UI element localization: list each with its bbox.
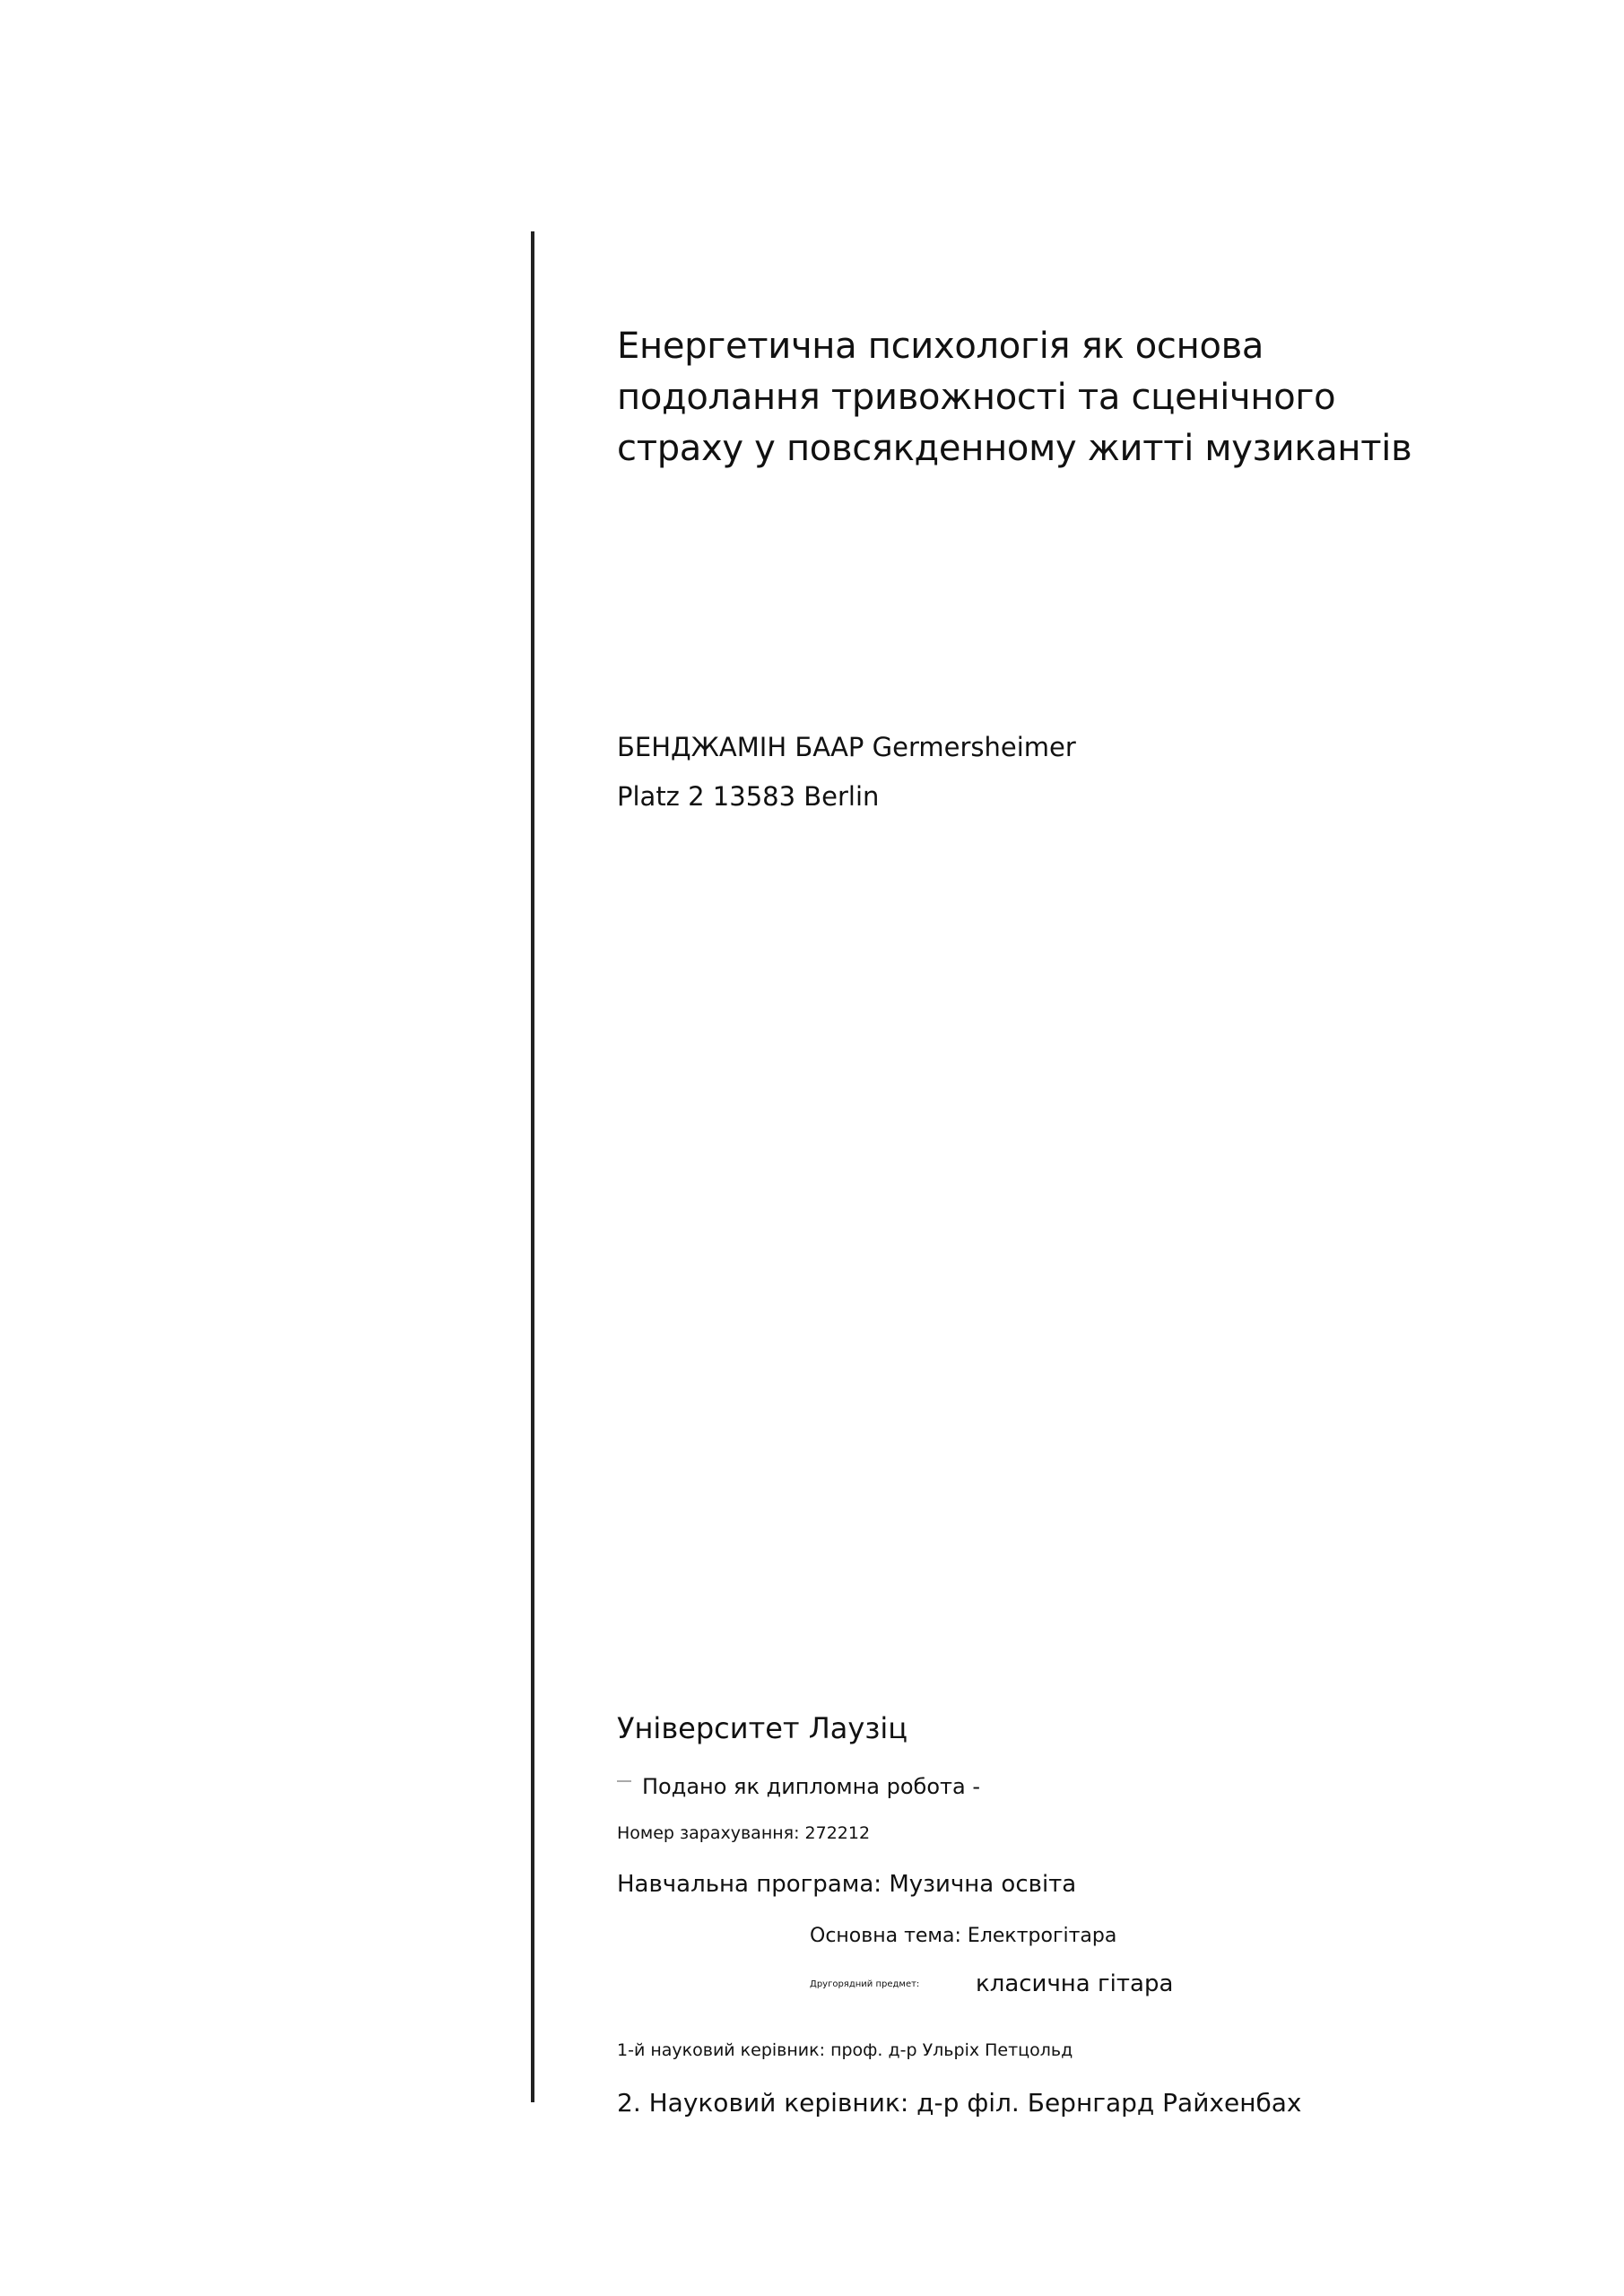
vertical-rule bbox=[531, 231, 534, 2102]
thesis-title-line-2: подолання тривожності та сценічного bbox=[617, 372, 1514, 423]
author-address: Platz 2 13583 Berlin bbox=[617, 772, 1076, 822]
study-program: Навчальна програма: Музична освіта bbox=[617, 1871, 1076, 1898]
submission-type: Подано як дипломна робота - bbox=[642, 1774, 980, 1799]
thesis-title: Енергетична психологія як основа подолан… bbox=[617, 321, 1514, 474]
major-subject: Основна тема: Електрогітара bbox=[810, 1925, 1116, 1947]
minor-subject-value: класична гітара bbox=[976, 1970, 1173, 1997]
author-block: БЕНДЖАМІН БААР Germersheimer Platz 2 135… bbox=[617, 723, 1076, 822]
enrollment-number: Номер зарахування: 272212 bbox=[617, 1823, 870, 1843]
second-supervisor: 2. Науковий керівник: д-р філ. Бернгард … bbox=[617, 2088, 1302, 2118]
first-supervisor: 1-й науковий керівник: проф. д-р Ульріх … bbox=[617, 2040, 1073, 2060]
author-name: БЕНДЖАМІН БААР Germersheimer bbox=[617, 723, 1076, 772]
title-page: Енергетична психологія як основа подолан… bbox=[0, 0, 1624, 2296]
thesis-title-line-1: Енергетична психологія як основа bbox=[617, 321, 1514, 372]
university-name: Університет Лаузіц bbox=[617, 1711, 908, 1745]
minor-subject-label: Другорядний предмет: bbox=[810, 1979, 919, 1989]
thesis-title-line-3: страху у повсякденному житті музикантів bbox=[617, 423, 1514, 474]
dash-mark bbox=[617, 1780, 631, 1782]
